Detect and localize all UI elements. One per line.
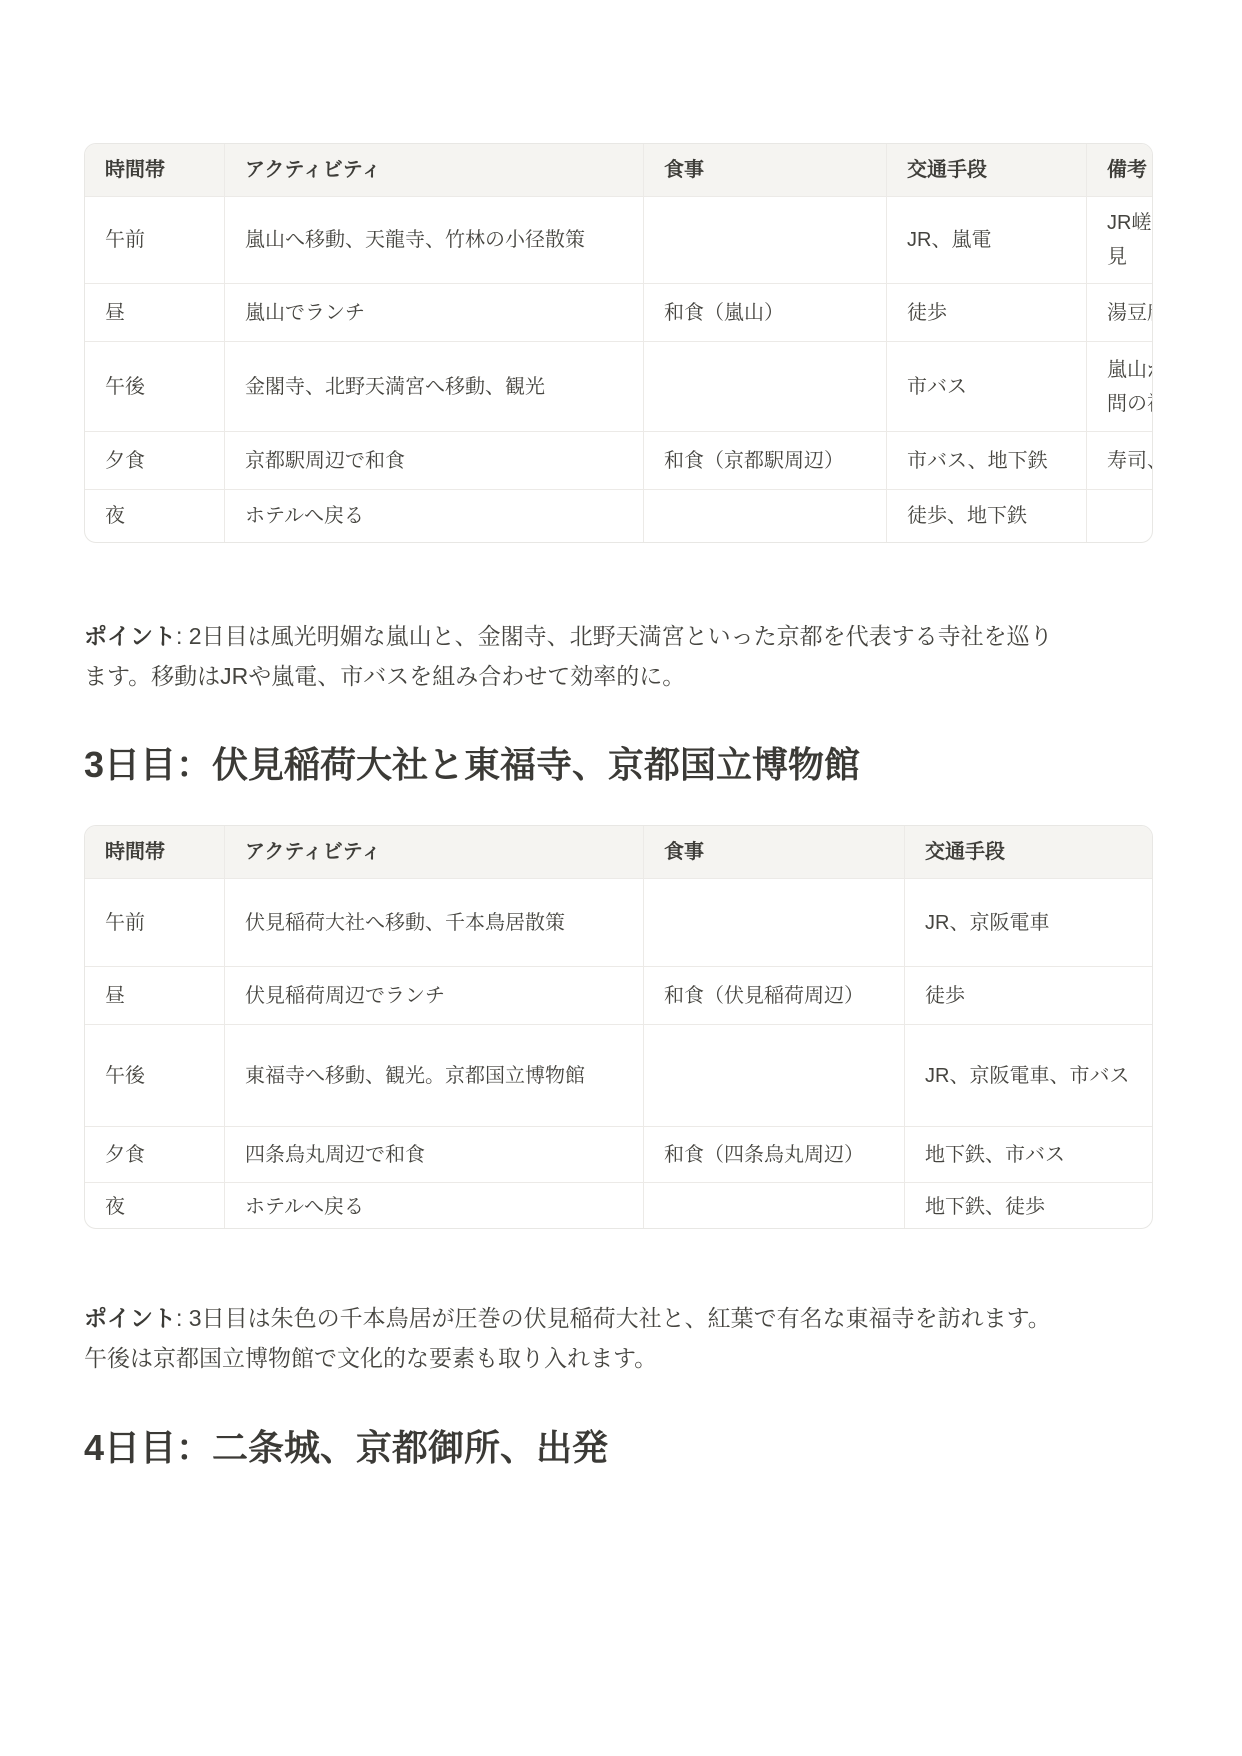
table-cell-transport: 徒歩: [904, 966, 1153, 1024]
table-cell-notes: 寿司、: [1086, 431, 1153, 489]
table-cell-transport: 徒歩、地下鉄: [886, 489, 1086, 542]
table-header-row: 時間帯 アクティビティ 食事 交通手段: [85, 826, 1153, 878]
table-cell-transport: 市バス: [886, 341, 1086, 431]
column-header-notes: 備考: [1086, 144, 1153, 196]
day2-itinerary-table: 時間帯 アクティビティ 食事 交通手段 備考 午前 嵐山へ移動、天龍寺、竹林の小…: [85, 144, 1153, 542]
column-header-time: 時間帯: [85, 144, 224, 196]
table-cell-time: 午前: [85, 196, 224, 283]
point-label: ポイント: [84, 623, 176, 649]
table-cell-time: 夜: [85, 1182, 224, 1229]
table-row: 夕食 四条烏丸周辺で和食 和食（四条烏丸周辺） 地下鉄、市バス: [85, 1126, 1153, 1182]
table-cell-activity: ホテルへ戻る: [224, 489, 643, 542]
table-row: 夜 ホテルへ戻る 地下鉄、徒歩: [85, 1182, 1153, 1229]
table-cell-activity: 東福寺へ移動、観光。京都国立博物館: [224, 1024, 643, 1126]
day2-point-paragraph: ポイント: 2日目は風光明媚な嵐山と、金閣寺、北野天満宮といった京都を代表する寺…: [84, 616, 1104, 696]
table-cell-activity: 伏見稲荷周辺でランチ: [224, 966, 643, 1024]
table-cell-transport: JR、京阪電車、市バス: [904, 1024, 1153, 1126]
table-cell-time: 昼: [85, 283, 224, 341]
column-header-meal: 食事: [643, 144, 886, 196]
table-cell-time: 午後: [85, 341, 224, 431]
table-cell-time: 午前: [85, 878, 224, 966]
table-cell-activity: 京都駅周辺で和食: [224, 431, 643, 489]
table-row: 夜 ホテルへ戻る 徒歩、地下鉄: [85, 489, 1153, 542]
table-cell-meal: [643, 489, 886, 542]
table-cell-meal: 和食（嵐山）: [643, 283, 886, 341]
table-cell-meal: [643, 1182, 904, 1229]
table-cell-notes: 嵐山か 問の神: [1086, 341, 1153, 431]
table-cell-time: 午後: [85, 1024, 224, 1126]
day3-itinerary-table: 時間帯 アクティビティ 食事 交通手段 午前 伏見稲荷大社へ移動、千本鳥居散策 …: [85, 826, 1153, 1229]
column-header-transport: 交通手段: [904, 826, 1153, 878]
table-cell-meal: [643, 196, 886, 283]
table-cell-time: 夕食: [85, 431, 224, 489]
table-cell-time: 昼: [85, 966, 224, 1024]
column-header-activity: アクティビティ: [224, 144, 643, 196]
table-cell-meal: 和食（伏見稲荷周辺）: [643, 966, 904, 1024]
table-cell-activity: 嵐山へ移動、天龍寺、竹林の小径散策: [224, 196, 643, 283]
table-cell-transport: 徒歩: [886, 283, 1086, 341]
day3-section-heading: 3日目：伏見稲荷大社と東福寺、京都国立博物館: [84, 741, 860, 789]
table-cell-notes: JR嵯峨 見: [1086, 196, 1153, 283]
table-cell-notes: 湯豆腐: [1086, 283, 1153, 341]
point-label: ポイント: [84, 1305, 176, 1331]
table-cell-transport: 地下鉄、徒歩: [904, 1182, 1153, 1229]
day3-itinerary-table-scroll-container[interactable]: 時間帯 アクティビティ 食事 交通手段 午前 伏見稲荷大社へ移動、千本鳥居散策 …: [84, 825, 1153, 1229]
table-row: 昼 嵐山でランチ 和食（嵐山） 徒歩 湯豆腐: [85, 283, 1153, 341]
table-row: 午後 東福寺へ移動、観光。京都国立博物館 JR、京阪電車、市バス: [85, 1024, 1153, 1126]
table-cell-transport: JR、京阪電車: [904, 878, 1153, 966]
table-cell-transport: 地下鉄、市バス: [904, 1126, 1153, 1182]
table-row: 昼 伏見稲荷周辺でランチ 和食（伏見稲荷周辺） 徒歩: [85, 966, 1153, 1024]
table-cell-transport: 市バス、地下鉄: [886, 431, 1086, 489]
table-cell-meal: 和食（四条烏丸周辺）: [643, 1126, 904, 1182]
table-cell-time: 夜: [85, 489, 224, 542]
table-row: 午後 金閣寺、北野天満宮へ移動、観光 市バス 嵐山か 問の神: [85, 341, 1153, 431]
table-cell-meal: [643, 341, 886, 431]
table-cell-meal: [643, 878, 904, 966]
table-header-row: 時間帯 アクティビティ 食事 交通手段 備考: [85, 144, 1153, 196]
point-text: : 3日目は朱色の千本鳥居が圧巻の伏見稲荷大社と、紅葉で有名な東福寺を訪れます。…: [84, 1305, 1051, 1371]
table-cell-meal: 和食（京都駅周辺）: [643, 431, 886, 489]
table-cell-activity: 伏見稲荷大社へ移動、千本鳥居散策: [224, 878, 643, 966]
table-row: 午前 嵐山へ移動、天龍寺、竹林の小径散策 JR、嵐電 JR嵯峨 見: [85, 196, 1153, 283]
table-cell-meal: [643, 1024, 904, 1126]
table-row: 夕食 京都駅周辺で和食 和食（京都駅周辺） 市バス、地下鉄 寿司、: [85, 431, 1153, 489]
column-header-transport: 交通手段: [886, 144, 1086, 196]
table-cell-activity: 嵐山でランチ: [224, 283, 643, 341]
column-header-meal: 食事: [643, 826, 904, 878]
table-cell-activity: ホテルへ戻る: [224, 1182, 643, 1229]
point-text: : 2日目は風光明媚な嵐山と、金閣寺、北野天満宮といった京都を代表する寺社を巡り…: [84, 623, 1053, 689]
table-cell-notes: [1086, 489, 1153, 542]
table-row: 午前 伏見稲荷大社へ移動、千本鳥居散策 JR、京阪電車: [85, 878, 1153, 966]
day4-section-heading: 4日目：二条城、京都御所、出発: [84, 1424, 608, 1472]
table-cell-transport: JR、嵐電: [886, 196, 1086, 283]
day3-point-paragraph: ポイント: 3日目は朱色の千本鳥居が圧巻の伏見稲荷大社と、紅葉で有名な東福寺を訪…: [84, 1298, 1104, 1378]
table-cell-time: 夕食: [85, 1126, 224, 1182]
day2-itinerary-table-scroll-container[interactable]: 時間帯 アクティビティ 食事 交通手段 備考 午前 嵐山へ移動、天龍寺、竹林の小…: [84, 143, 1153, 543]
table-cell-activity: 四条烏丸周辺で和食: [224, 1126, 643, 1182]
column-header-time: 時間帯: [85, 826, 224, 878]
table-cell-activity: 金閣寺、北野天満宮へ移動、観光: [224, 341, 643, 431]
column-header-activity: アクティビティ: [224, 826, 643, 878]
